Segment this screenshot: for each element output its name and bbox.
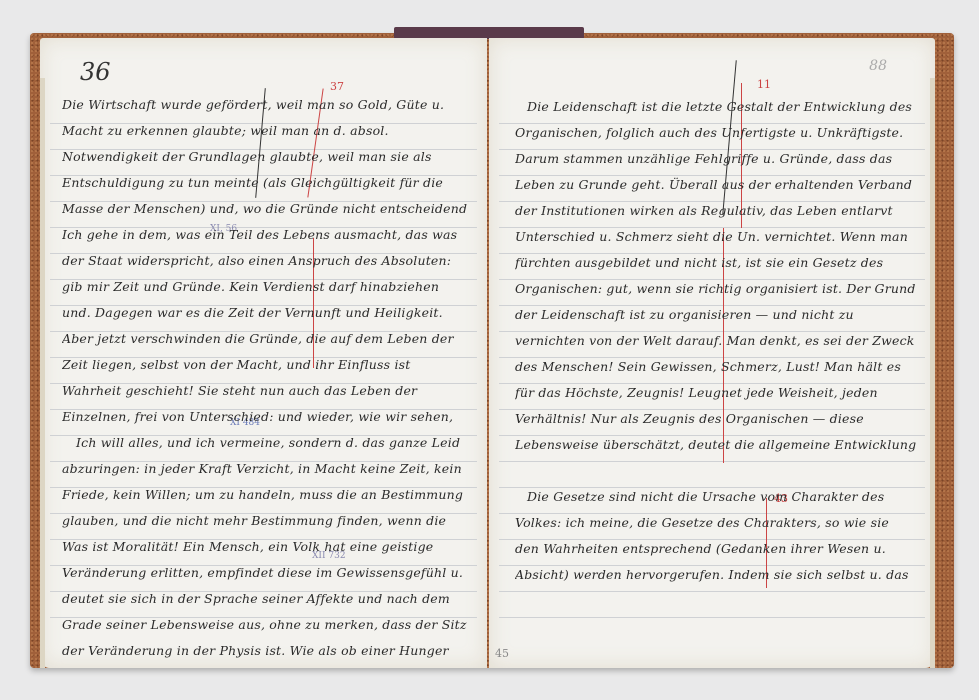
paragraph: Die Wirtschaft wurde gefördert, weil man… <box>62 92 469 222</box>
paragraph: Ich will alles, und ich vermeine, sonder… <box>62 430 469 534</box>
page-number: 36 <box>80 58 111 86</box>
left-page: 36 37 XI, 56 XI 484 XII 732 Die Wirtscha… <box>40 38 487 668</box>
page-edge <box>930 78 935 668</box>
paragraph: Was ist Moralität! Ein Mensch, ein Volk … <box>62 534 469 664</box>
folio-number: 45 <box>495 647 509 660</box>
paragraph: Die Gesetze sind nicht die Ursache vom C… <box>515 484 917 588</box>
handwritten-text: Die Wirtschaft wurde gefördert, weil man… <box>62 92 469 664</box>
paragraph: Die Leidenschaft ist die letzte Gestalt … <box>515 94 917 458</box>
page-edge <box>40 78 45 668</box>
paragraph: Wahrheit geschieht! Sie steht nun auch d… <box>62 378 469 430</box>
red-annotation: 11 <box>757 78 771 91</box>
right-page: 88 11 43 45 Die Leidenschaft ist die let… <box>489 38 935 668</box>
paragraph: Ich gehe in dem, was ein Teil des Lebens… <box>62 222 469 378</box>
handwritten-text: Die Leidenschaft ist die letzte Gestalt … <box>515 94 917 588</box>
page-number: 88 <box>869 58 887 74</box>
